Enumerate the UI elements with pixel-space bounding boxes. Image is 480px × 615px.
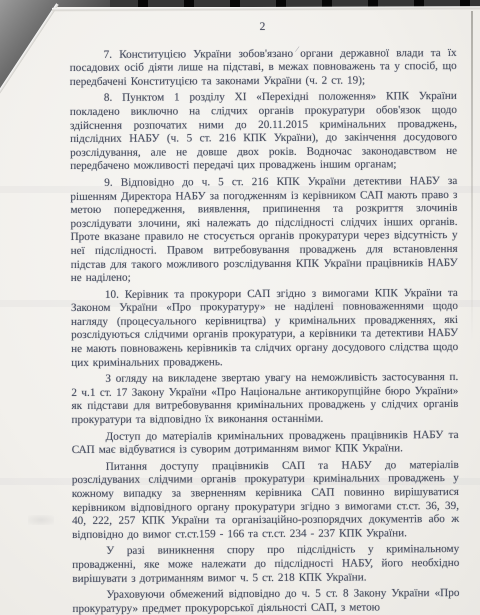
paragraph-item-8: 8. Пунктом 1 розділу XI «Перехідні полож… [70, 87, 457, 174]
smudge-mark [28, 515, 54, 525]
paragraph-access: Доступ до матеріалів кримінальних провад… [72, 426, 459, 458]
paragraph-item-9: 9. Відповідно до ч. 5 ст. 216 КПК Україн… [70, 172, 458, 286]
scanned-document-page: / 2 7. Конституцією України зобов'язано … [0, 0, 480, 615]
paragraph-item-10: 10. Керівник та прокурори САП згідно з в… [71, 284, 458, 371]
paragraph-item-7: 7. Конституцією України зобов'язано орга… [70, 44, 457, 90]
paragraph-access-procedure: Питання доступу працівників САП та НАБУ … [72, 456, 459, 543]
page-number: 2 [69, 20, 456, 36]
paragraph-final-cutoff: Ураховуючи обмежений відповідно до ч. 5 … [72, 584, 459, 615]
paragraph-conclusion: З огляду на викладене звертаю увагу на н… [71, 368, 458, 427]
paper-crease [471, 11, 473, 341]
document-body: 2 7. Конституцією України зобов'язано ор… [69, 20, 459, 615]
paragraph-dispute: У разі виникнення спору про підслідність… [72, 540, 459, 586]
